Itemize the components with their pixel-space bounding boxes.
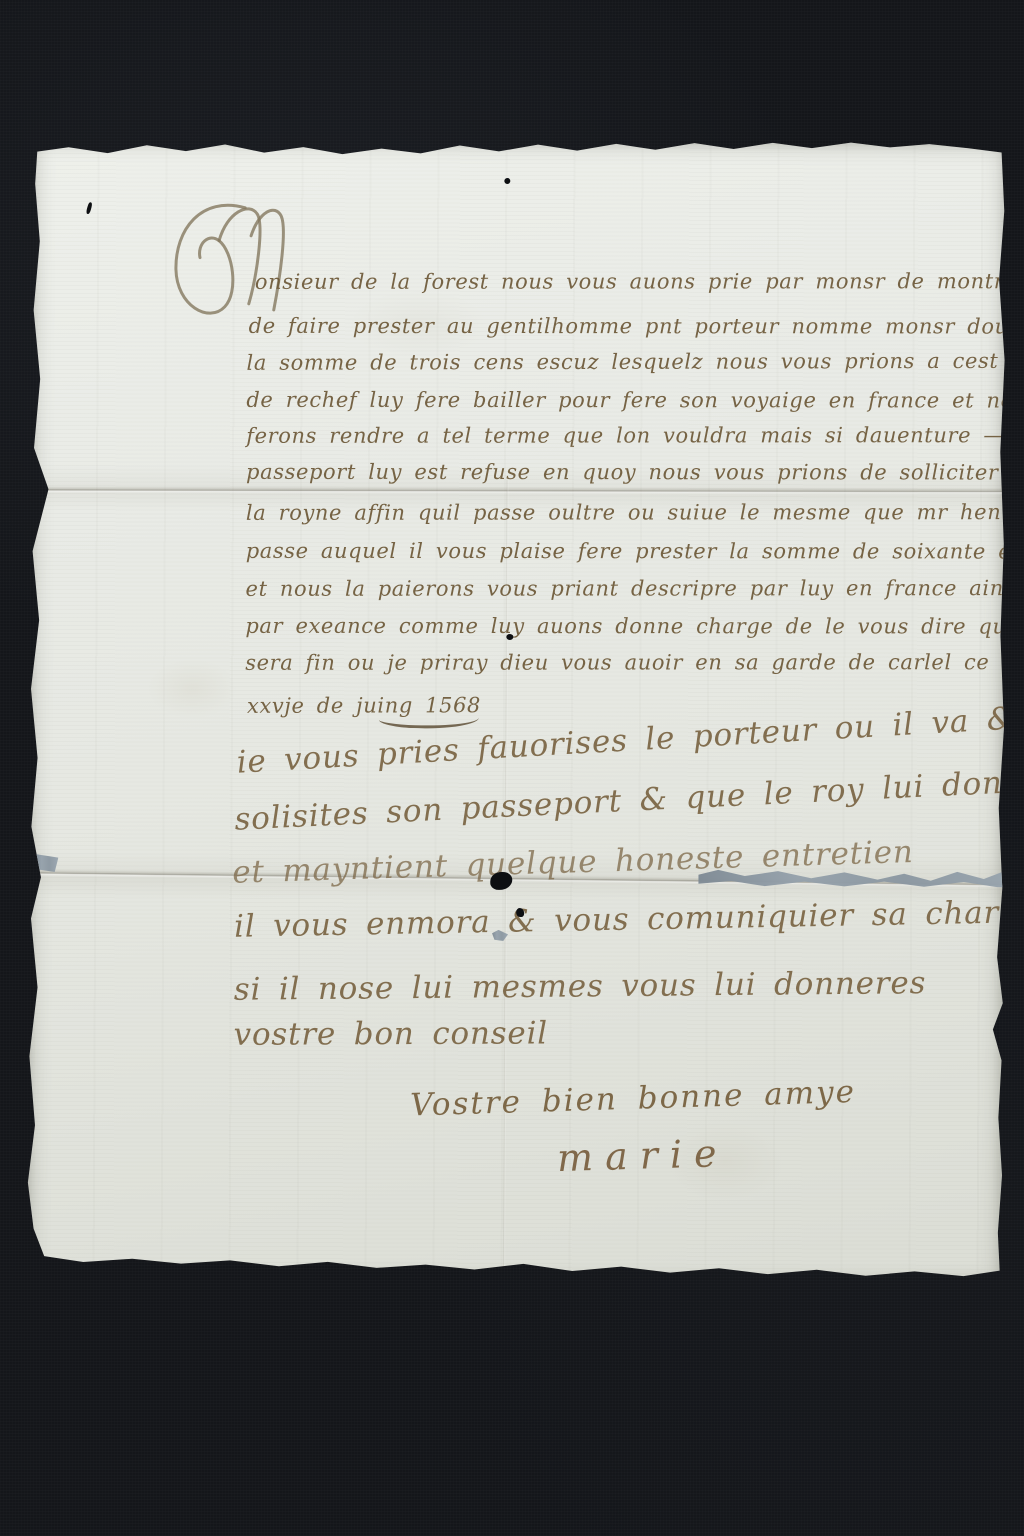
stain (147, 658, 237, 718)
manuscript-line: de rechef luy fere bailler pour fere son… (246, 387, 1024, 415)
manuscript-line: onsieur de la forest nous vous auons pri… (255, 268, 1024, 296)
manuscript-line: ferons rendre a tel terme que lon vouldr… (246, 422, 1005, 450)
paper-speck (506, 634, 513, 640)
manuscript-line: passeport luy est refuse en quoy nous vo… (246, 459, 998, 487)
date-underline-flourish (379, 710, 479, 730)
manuscript-line: la somme de trois cens escuz lesquelz no… (246, 348, 1024, 378)
manuscript-line: sera fin ou je priray dieu vous auoir en… (245, 649, 989, 677)
signature: marie (556, 1131, 729, 1182)
manuscript-line: de faire prester au gentilhomme pnt port… (249, 313, 1024, 341)
photograph-scene: onsieur de la forest nous vous auons pri… (0, 0, 1024, 1536)
paper-speck (86, 202, 93, 215)
paper-speck (504, 178, 510, 184)
manuscript-line: passe auquel il vous plaise fere prester… (246, 538, 1024, 566)
letter-sheet: onsieur de la forest nous vous auons pri… (25, 138, 1008, 1290)
postscript-line: si il nose lui mesmes vous lui donneres (234, 965, 927, 1009)
manuscript-line: et nous la paierons vous priant descripr… (246, 575, 1024, 603)
closing-line: Vostre bien bonne amye (410, 1074, 857, 1125)
manuscript-line: la royne affin quil passe oultre ou suiu… (246, 499, 1024, 527)
paper-hole (516, 908, 524, 917)
postscript-line: il vous enmora & vous comuniquier sa cha… (234, 894, 1024, 946)
manuscript-line: par exeance comme luy auons donne charge… (245, 613, 1014, 641)
postscript-line: vostre bon conseil (234, 1015, 549, 1054)
